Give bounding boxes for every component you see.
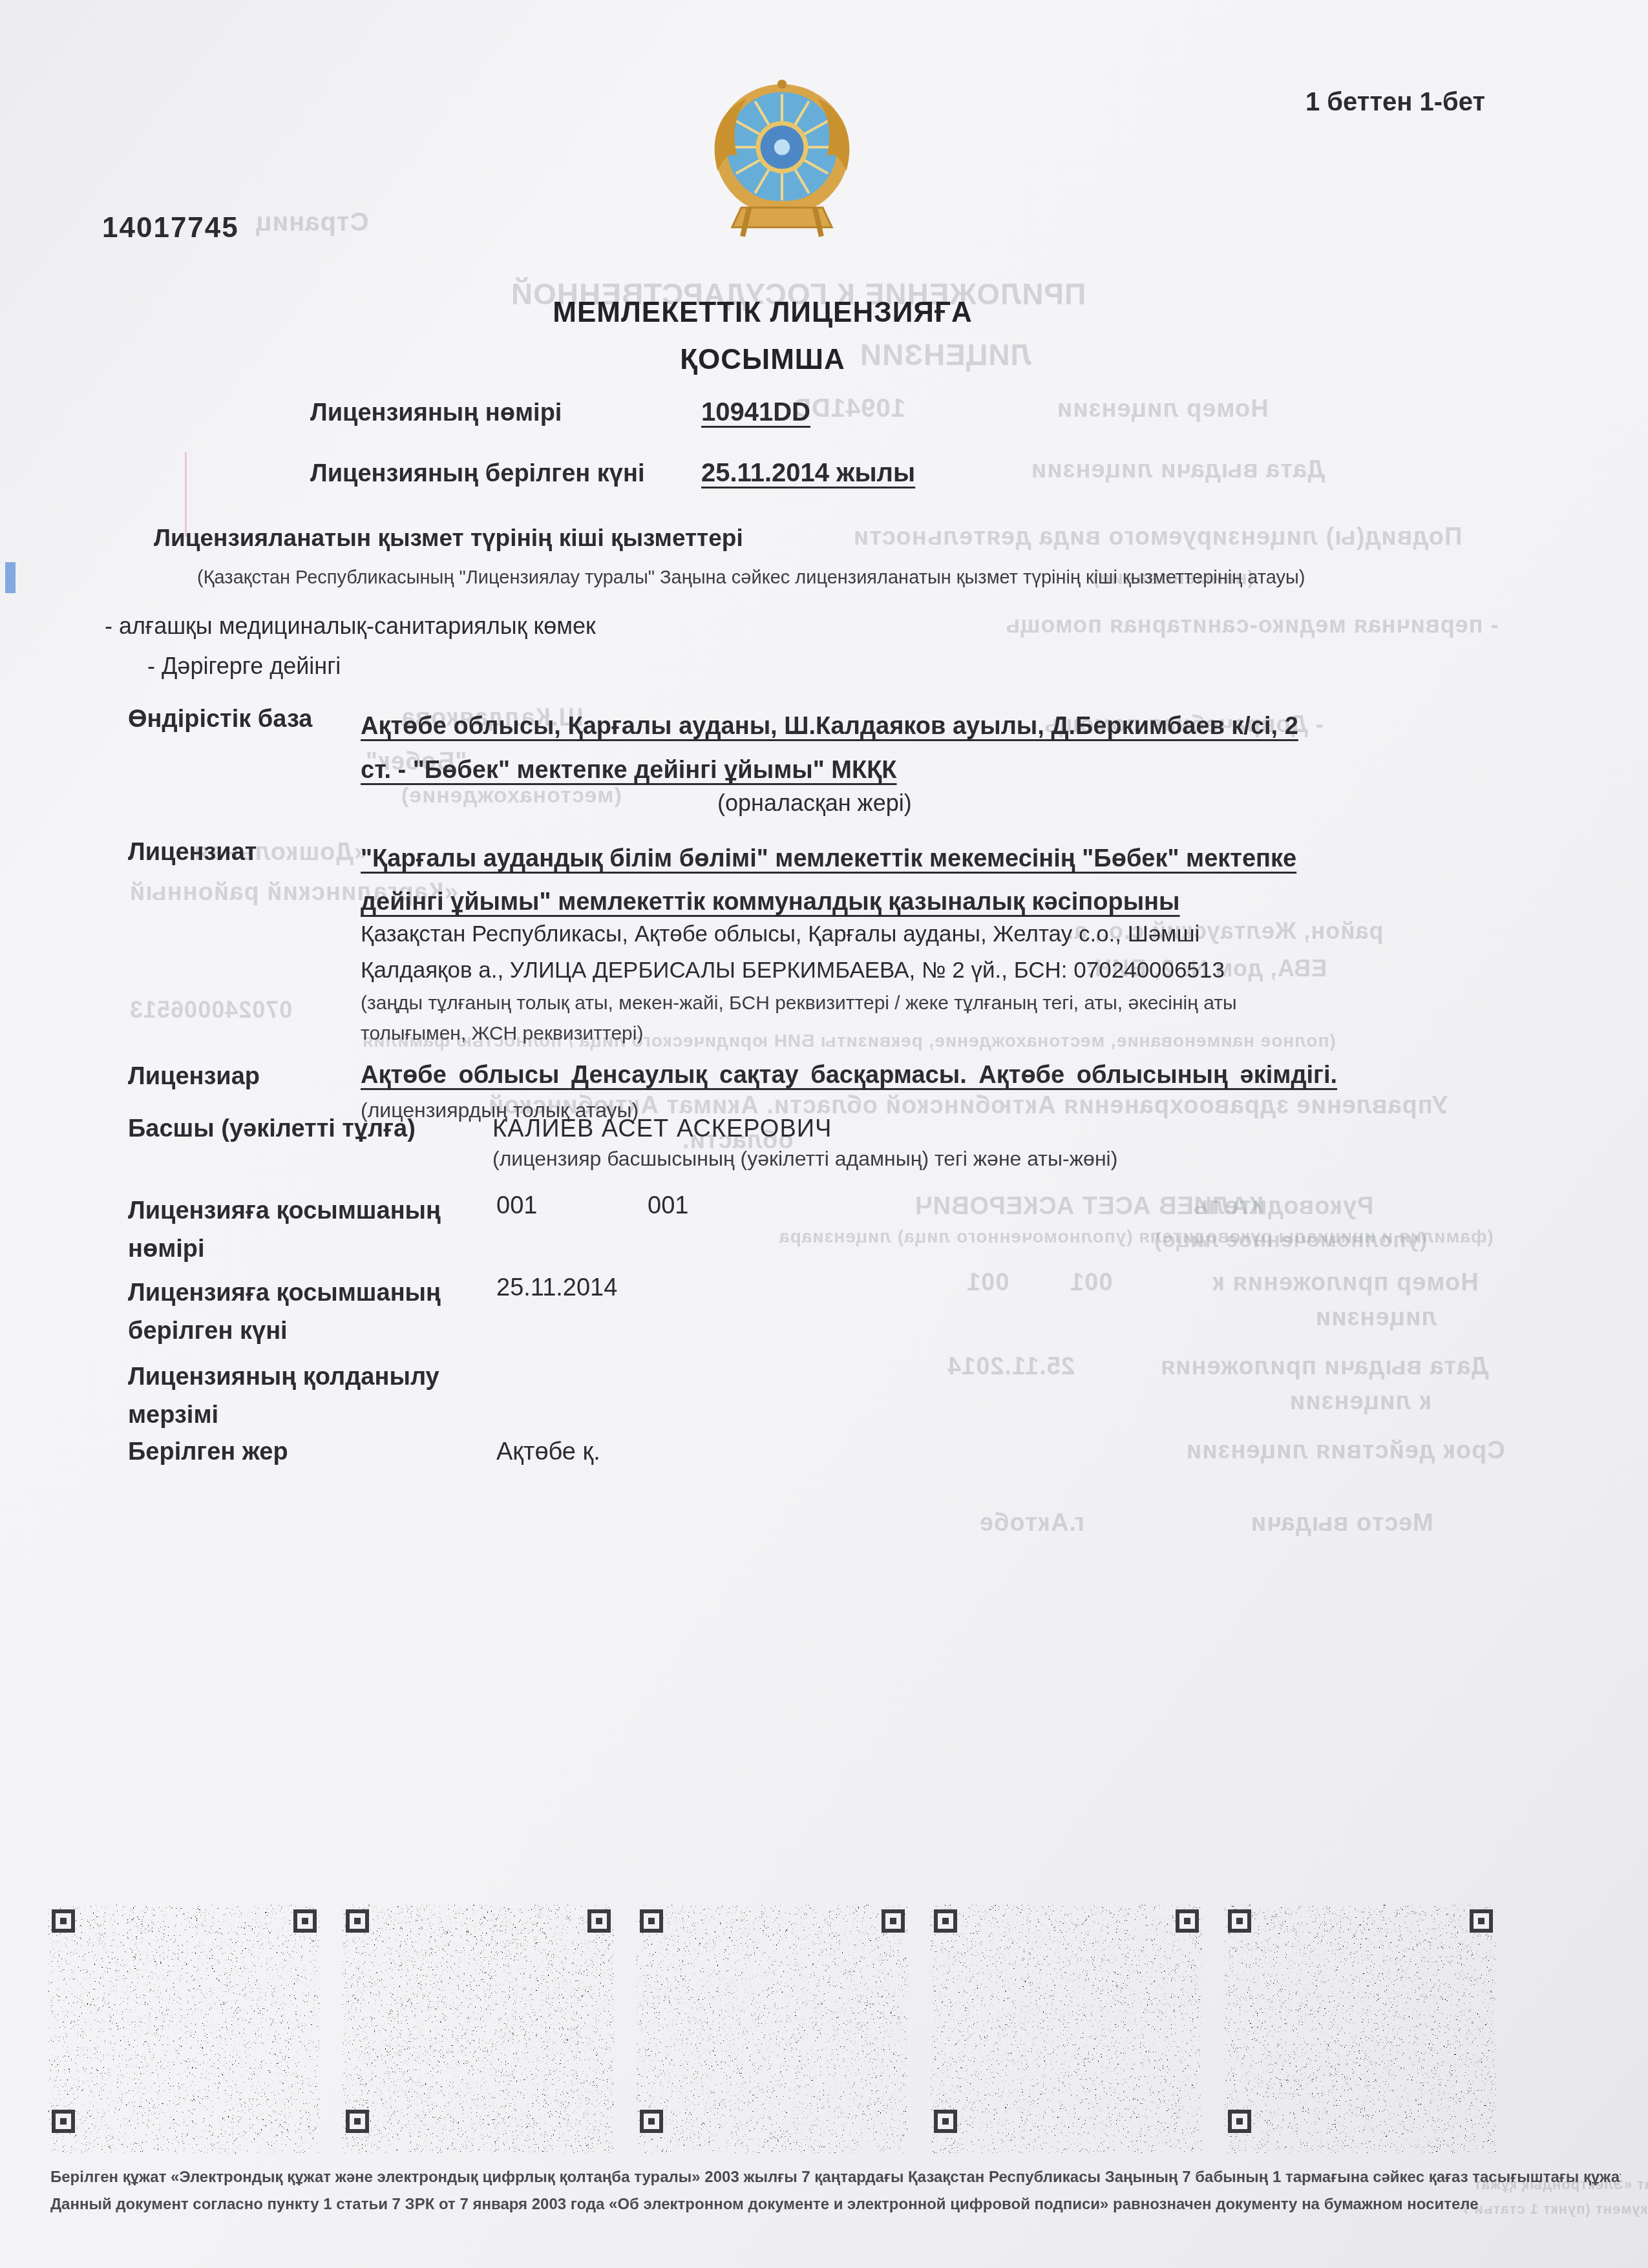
production-base-label: Өндірістік база: [128, 706, 312, 733]
footer-legal-kk: Берілген құжат «Электрондық құжат және э…: [50, 2168, 1621, 2187]
subactivity-item: - алғашқы медициналық-санитариялық көмек: [105, 613, 596, 640]
bleedthrough-text: 070240006513: [129, 996, 292, 1024]
document-title-line2: ҚОСЫМША: [0, 337, 1525, 384]
head-value: КАЛИЕВ АСЕТ АСКЕРОВИЧ: [492, 1115, 832, 1143]
barcode-block-3: [637, 1905, 908, 2154]
licensee-label: Лицензиат: [128, 839, 257, 866]
issue-place-value: Ақтөбе қ.: [496, 1438, 600, 1466]
validity-label: Лицензияның қолданылу мерзімі: [128, 1358, 464, 1434]
bleedthrough-text: Дата выдачи приложения: [1160, 1353, 1489, 1381]
annex-number-value-1: 001: [496, 1192, 537, 1220]
licensee-note: (заңды тұлғаның толық аты, мекен-жайі, Б…: [361, 989, 1285, 1049]
licensee-value: "Қарғалы аудандық білім бөлімі" мемлекет…: [361, 837, 1330, 923]
barcode-block-2: [343, 1905, 614, 2154]
issue-place-label: Берілген жер: [128, 1438, 288, 1466]
footer-legal-ru: Данный документ согласно пункту 1 статьи…: [50, 2196, 1621, 2214]
document-number: 14017745: [102, 212, 239, 244]
bleedthrough-text: к лицензии: [1289, 1388, 1431, 1416]
head-label: Басшы (уәкілетті тұлға): [128, 1115, 416, 1143]
annex-number-label: Лицензияға қосымшаның нөмірі: [128, 1192, 451, 1268]
bleedthrough-text: лицензии: [1315, 1304, 1437, 1332]
bleedthrough-text: 25.11.2014: [947, 1353, 1075, 1381]
bleedthrough-text: Место выдачи: [1251, 1509, 1433, 1537]
scan-artifact: [185, 452, 187, 536]
page-indicator: 1 беттен 1-бет: [1305, 88, 1485, 117]
bleedthrough-text: Срок действия лицензии: [1186, 1437, 1505, 1465]
document-title-line1: МЕМЛЕКЕТТІК ЛИЦЕНЗИЯҒА: [0, 289, 1525, 337]
production-base-value: Ақтөбе облысы, Қарғалы ауданы, Ш.Калдаяк…: [361, 704, 1317, 793]
bleedthrough-text: Номер приложения к: [1212, 1269, 1479, 1297]
production-base-note: (орналасқан жері): [717, 790, 912, 817]
bleedthrough-text: - первичная медико-санитарная помощь: [1005, 611, 1499, 638]
license-number-value: 10941DD: [701, 398, 810, 427]
subactivity-note: (Қазақстан Республикасының "Лицензиялау …: [197, 567, 1305, 589]
annex-date-label: Лицензияға қосымшаның берілген күні: [128, 1274, 451, 1350]
bleedthrough-text: Дата выдачи лицензии: [1031, 456, 1325, 484]
bleedthrough-text: г.Актобе: [979, 1509, 1084, 1537]
document-title: МЕМЛЕКЕТТІК ЛИЦЕНЗИЯҒА ҚОСЫМША: [0, 289, 1525, 383]
license-date-label: Лицензияның берілген күні: [310, 460, 644, 488]
head-note: (лицензияр басшысының (уәкілетті адамның…: [492, 1147, 1117, 1171]
barcode-block-1: [48, 1905, 320, 2154]
licensee-address: Қазақстан Республикасы, Ақтөбе облысы, Қ…: [361, 916, 1311, 989]
bleedthrough-text: КАЛИЕВ АСЕТ АСКЕРОВИЧ: [914, 1193, 1264, 1221]
subactivity-item: - Дәрігерге дейінгі: [147, 653, 341, 680]
bleedthrough-text: 001: [1070, 1269, 1112, 1297]
bleedthrough-text: 001: [966, 1269, 1009, 1297]
licensor-value: Ақтөбе облысы Денсаулық сақтау басқармас…: [361, 1062, 1337, 1089]
digital-signature-barcodes: [48, 1905, 1496, 2154]
bleedthrough-text: Страниц: [255, 208, 369, 237]
barcode-block-4: [931, 1905, 1202, 2154]
annex-date-value: 25.11.2014: [496, 1274, 617, 1302]
bleedthrough-text: (фамилия и инициалы руководителя (уполно…: [779, 1226, 1494, 1247]
scan-artifact: [5, 562, 16, 593]
kazakhstan-coat-of-arms-icon: [703, 72, 861, 238]
license-date-value: 25.11.2014 жылы: [701, 459, 915, 488]
barcode-block-5: [1225, 1905, 1496, 2154]
licensor-label: Лицензиар: [128, 1063, 260, 1091]
subactivity-heading: Лицензияланатын қызмет түрінің кіші қызм…: [154, 525, 743, 552]
bleedthrough-text: Подвид(ы) лицензируемого вида деятельнос…: [853, 523, 1462, 551]
annex-number-value-2: 001: [648, 1192, 688, 1220]
license-annex-document: Страниц ПРИЛОЖЕНИЕ К ГОСУДАРСТВЕННОЙ ЛИЦ…: [0, 0, 1648, 2268]
license-number-label: Лицензияның нөмірі: [310, 399, 562, 427]
bleedthrough-text: Номер лицензии: [1057, 395, 1269, 423]
